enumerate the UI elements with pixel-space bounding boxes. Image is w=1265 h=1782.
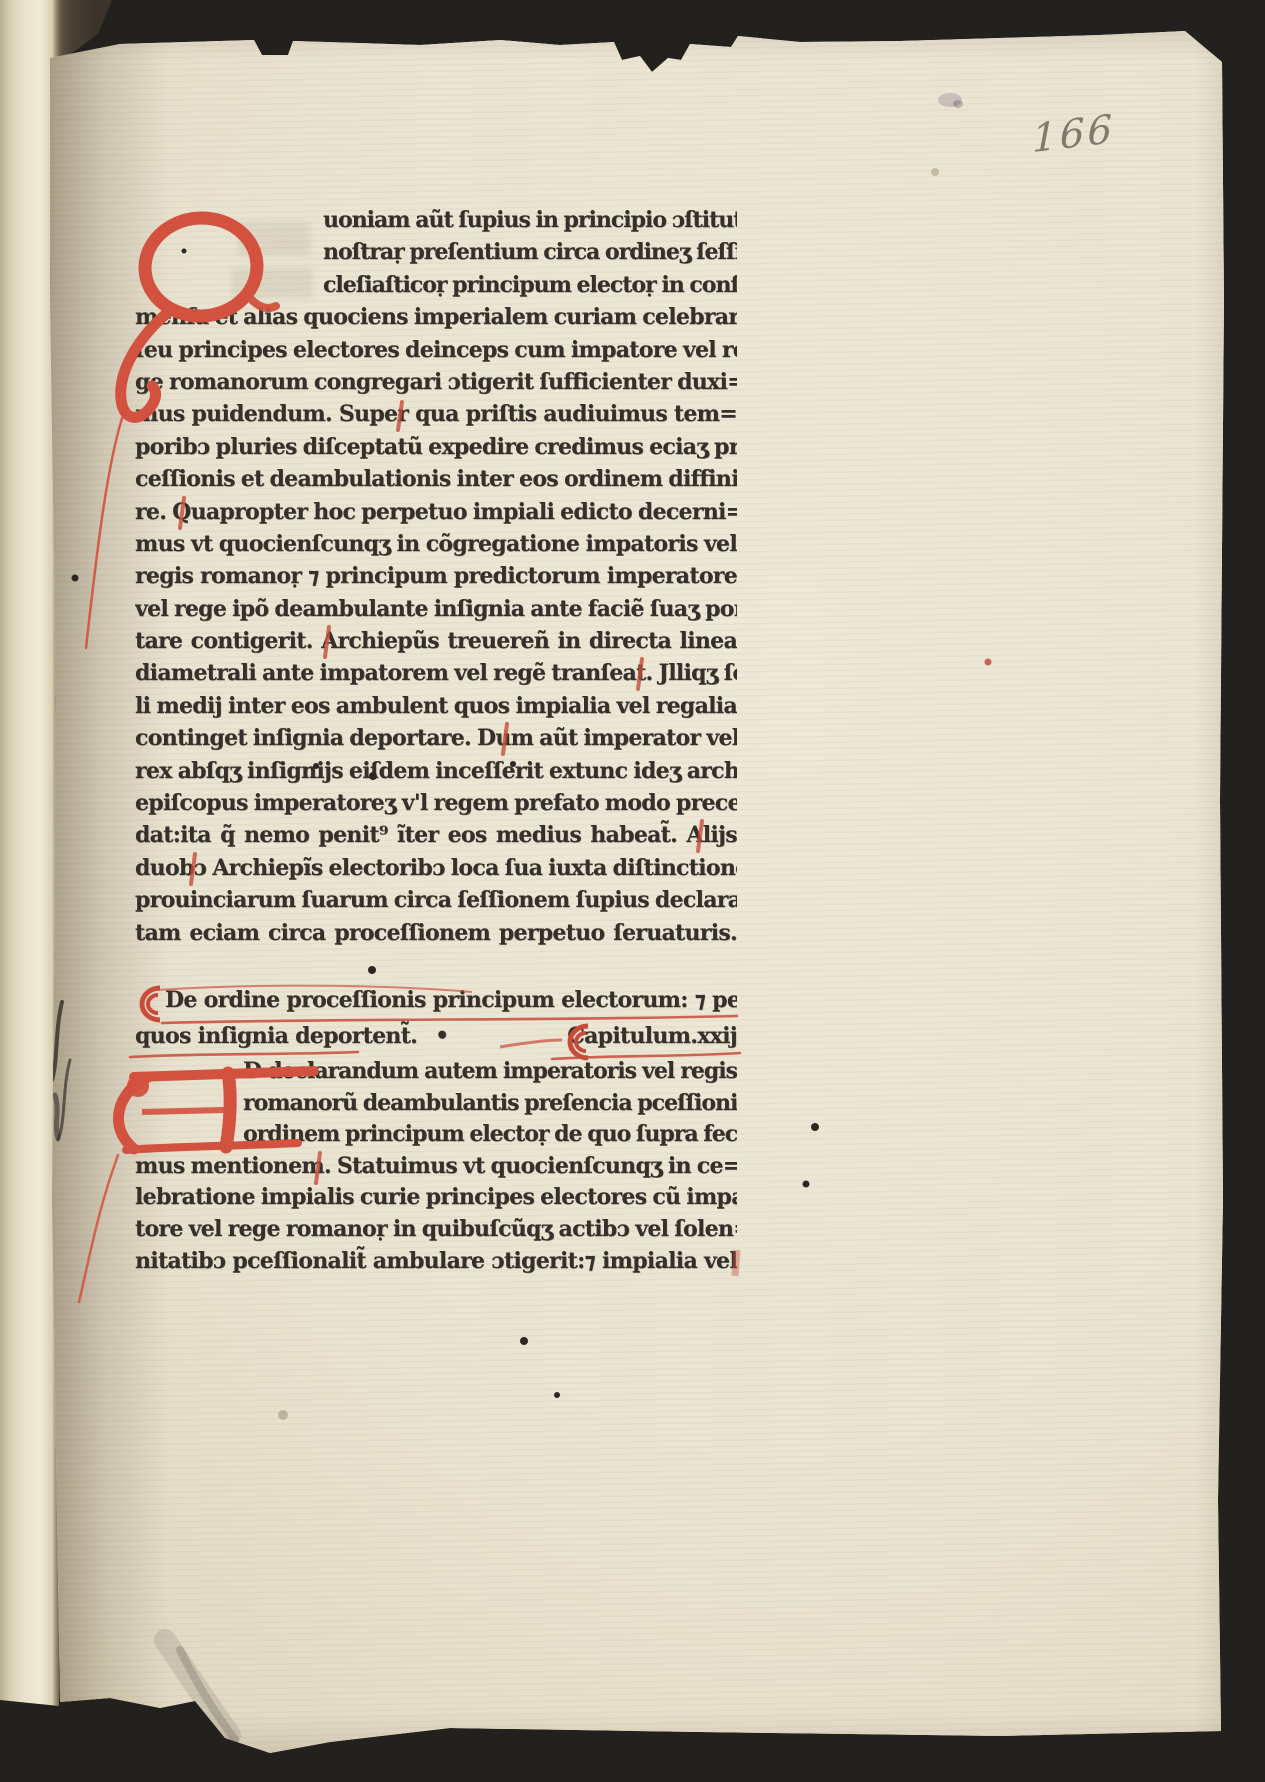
text-line: uoniam aũt ſupius in principio ɔſtitutio…	[135, 204, 737, 236]
corner-smudge	[165, 1640, 235, 1740]
text-line: ordinem principum electoṛ de quo ſupra f…	[135, 1119, 737, 1151]
heading-line: quos inſignia deportent̃.• Capitulum.xxi…	[135, 1018, 737, 1054]
scan-background: { "document": { "kind": "incunabulum pag…	[0, 0, 1265, 1782]
text-line: cleſiaſticoṛ principum electoṛ in conſil…	[135, 269, 737, 301]
chapter-heading: De ordine proceſſionis principum elector…	[135, 982, 737, 1054]
text-line: rex abſqʒ inſignijs eiſdem inceſſerit ex…	[135, 755, 737, 787]
text-line: li medij inter eos ambulent quos impiali…	[135, 690, 737, 722]
text-line: vel rege ipõ deambulante inſignia ante f…	[135, 593, 737, 625]
text-line: noſtraṛ preſentium circa ordineʒ ſeſſion…	[135, 236, 737, 268]
red-dot	[985, 659, 992, 666]
text-line: continget inſignia deportare. Dum aũt im…	[135, 722, 737, 754]
text-line: duobɔ Archiepĩs electoribɔ loca ſua iuxt…	[135, 852, 737, 884]
text-line: mus puidendum. Super qua priſtis audiuim…	[135, 398, 737, 430]
text-line: ceſſionis et deambulationis inter eos or…	[135, 463, 737, 495]
text-line: tare contigerit. Archiepũs treuereñ in d…	[135, 625, 737, 657]
text-line: ſeu principes electores deinceps cum imp…	[135, 334, 737, 366]
text-line: nitatibɔ pceſſionalit̃ ambulare ɔtigerit…	[135, 1246, 737, 1278]
second-paragraph: D declarandum autem imperatoris vel regi…	[135, 1056, 737, 1277]
text-line: poribɔ pluries diſceptatũ expedire credi…	[135, 431, 737, 463]
opening-paragraph: uoniam aũt ſupius in principio ɔſtitutio…	[135, 204, 737, 949]
text-line: mus vt quocienſcunqʒ in cõgregatione imp…	[135, 528, 737, 560]
separator-dot: •	[435, 1023, 448, 1049]
text-line: lebratione impialis curie principes elec…	[135, 1182, 737, 1214]
text-line: romanorũ deambulantis preſencia pceſſion…	[135, 1088, 737, 1120]
heading-line: De ordine proceſſionis principum elector…	[135, 982, 737, 1018]
text-line: re. Quapropter hoc perpetuo impiali edic…	[135, 496, 737, 528]
folio-number: 166	[1032, 107, 1115, 163]
margin-ink-smudge	[52, 1002, 70, 1140]
text-line: D declarandum autem imperatoris vel regi…	[135, 1056, 737, 1088]
text-line: prouinciarum ſuarum circa ſeſſionem ſupi…	[135, 884, 737, 916]
text-line: mus mentionem. Statuimus vt quocienſcunq…	[135, 1151, 737, 1183]
text-line: regis romanoṛ ⁊ principum predictorum im…	[135, 560, 737, 592]
heading-line-left: quos inſignia deportent̃.•	[135, 1018, 449, 1054]
chapter-label: Capitulum.xxij	[531, 1018, 737, 1054]
text-line: dat:ita q̃ nemo penit⁹ ĩter eos medius h…	[135, 819, 737, 851]
text-line: tam eciam circa proceſſionem perpetuo ſe…	[135, 917, 737, 949]
text-line: ge romanorum congregari ɔtigerit ſuffici…	[135, 366, 737, 398]
text-line: tore vel rege romanoṛ in quibuſcũqʒ acti…	[135, 1214, 737, 1246]
book-page: 166 uoniam aũt ſupius in principio ɔſtit…	[0, 0, 1265, 1782]
text-line: epiſcopus imperatoreʒ v'l regem prefato …	[135, 787, 737, 819]
text-line: diametrali ante impatorem vel regẽ tranſ…	[135, 657, 737, 689]
text-line: menſa et alias quociens imperialem curia…	[135, 301, 737, 333]
